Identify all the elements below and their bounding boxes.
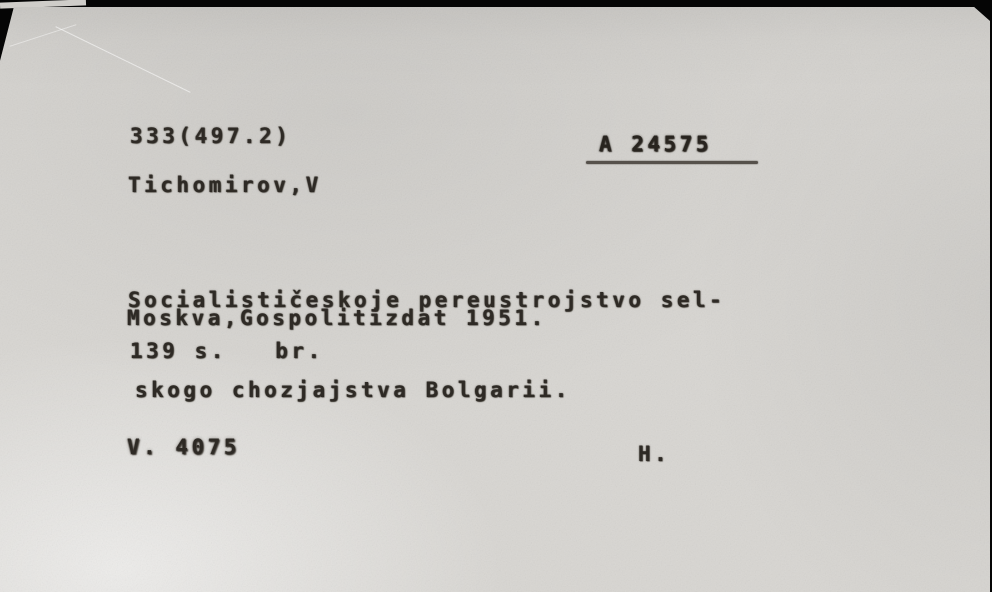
collation-line: 139 s. br. <box>130 341 324 362</box>
cataloger-initials: H. <box>638 444 670 465</box>
accession-number: A 24575 <box>599 134 712 155</box>
imprint-line: Moskva,Gospolitizdat 1951. <box>127 308 547 329</box>
catalog-card: 333(497.2) A 24575 Tichomirov,V Socialis… <box>0 7 990 592</box>
title-line-2: skogo chozjajstva Bolgarii. <box>128 375 725 405</box>
paper-scratch <box>10 24 77 47</box>
accession-underline <box>586 161 758 164</box>
paper-scratch <box>55 26 190 93</box>
classification-number: 333(497.2) <box>130 126 291 147</box>
shelf-number: V. 4075 <box>127 437 240 458</box>
author-line: Tichomirov,V <box>128 175 322 196</box>
scanned-catalog-card-page: 333(497.2) A 24575 Tichomirov,V Socialis… <box>0 0 992 592</box>
